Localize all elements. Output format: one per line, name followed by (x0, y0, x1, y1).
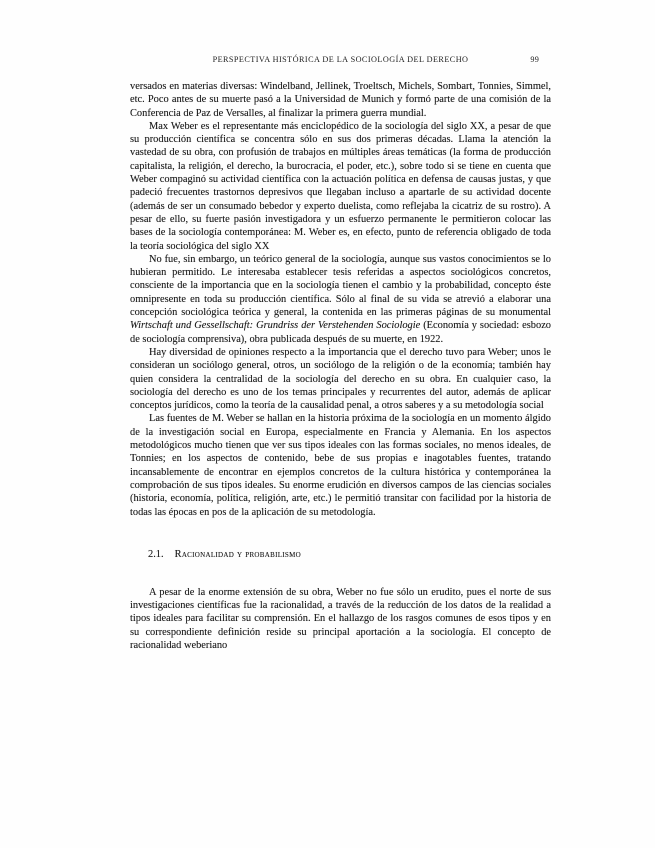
document-page: PERSPECTIVA HISTÓRICA DE LA SOCIOLOGÍA D… (0, 0, 655, 848)
running-header: PERSPECTIVA HISTÓRICA DE LA SOCIOLOGÍA D… (130, 52, 551, 66)
section-number: 2.1. (148, 549, 164, 560)
section-heading: 2.1.Racionalidad y probabilismo (130, 548, 551, 561)
paragraph-hay-diversidad: Hay diversidad de opiniones respecto a l… (130, 346, 551, 412)
paragraph-no-fue-text: No fue, sin embargo, un teórico general … (130, 254, 551, 318)
book-title-italic: Wirtschaft und Gessellschaft: Grundriss … (130, 320, 420, 331)
paragraph-a-pesar: A pesar de la enorme extensión de su obr… (130, 586, 551, 652)
running-header-title: PERSPECTIVA HISTÓRICA DE LA SOCIOLOGÍA D… (213, 52, 469, 64)
section-title: Racionalidad y probabilismo (175, 549, 301, 560)
body-text: versados en materias diversas: Windelban… (130, 80, 551, 652)
text-column: PERSPECTIVA HISTÓRICA DE LA SOCIOLOGÍA D… (130, 52, 551, 652)
paragraph-no-fue: No fue, sin embargo, un teórico general … (130, 253, 551, 346)
paragraph-continuation: versados en materias diversas: Windelban… (130, 80, 551, 120)
paragraph-las-fuentes: Las fuentes de M. Weber se hallan en la … (130, 412, 551, 518)
page-number: 99 (530, 55, 539, 64)
paragraph-max-weber: Max Weber es el representante más encicl… (130, 120, 551, 253)
